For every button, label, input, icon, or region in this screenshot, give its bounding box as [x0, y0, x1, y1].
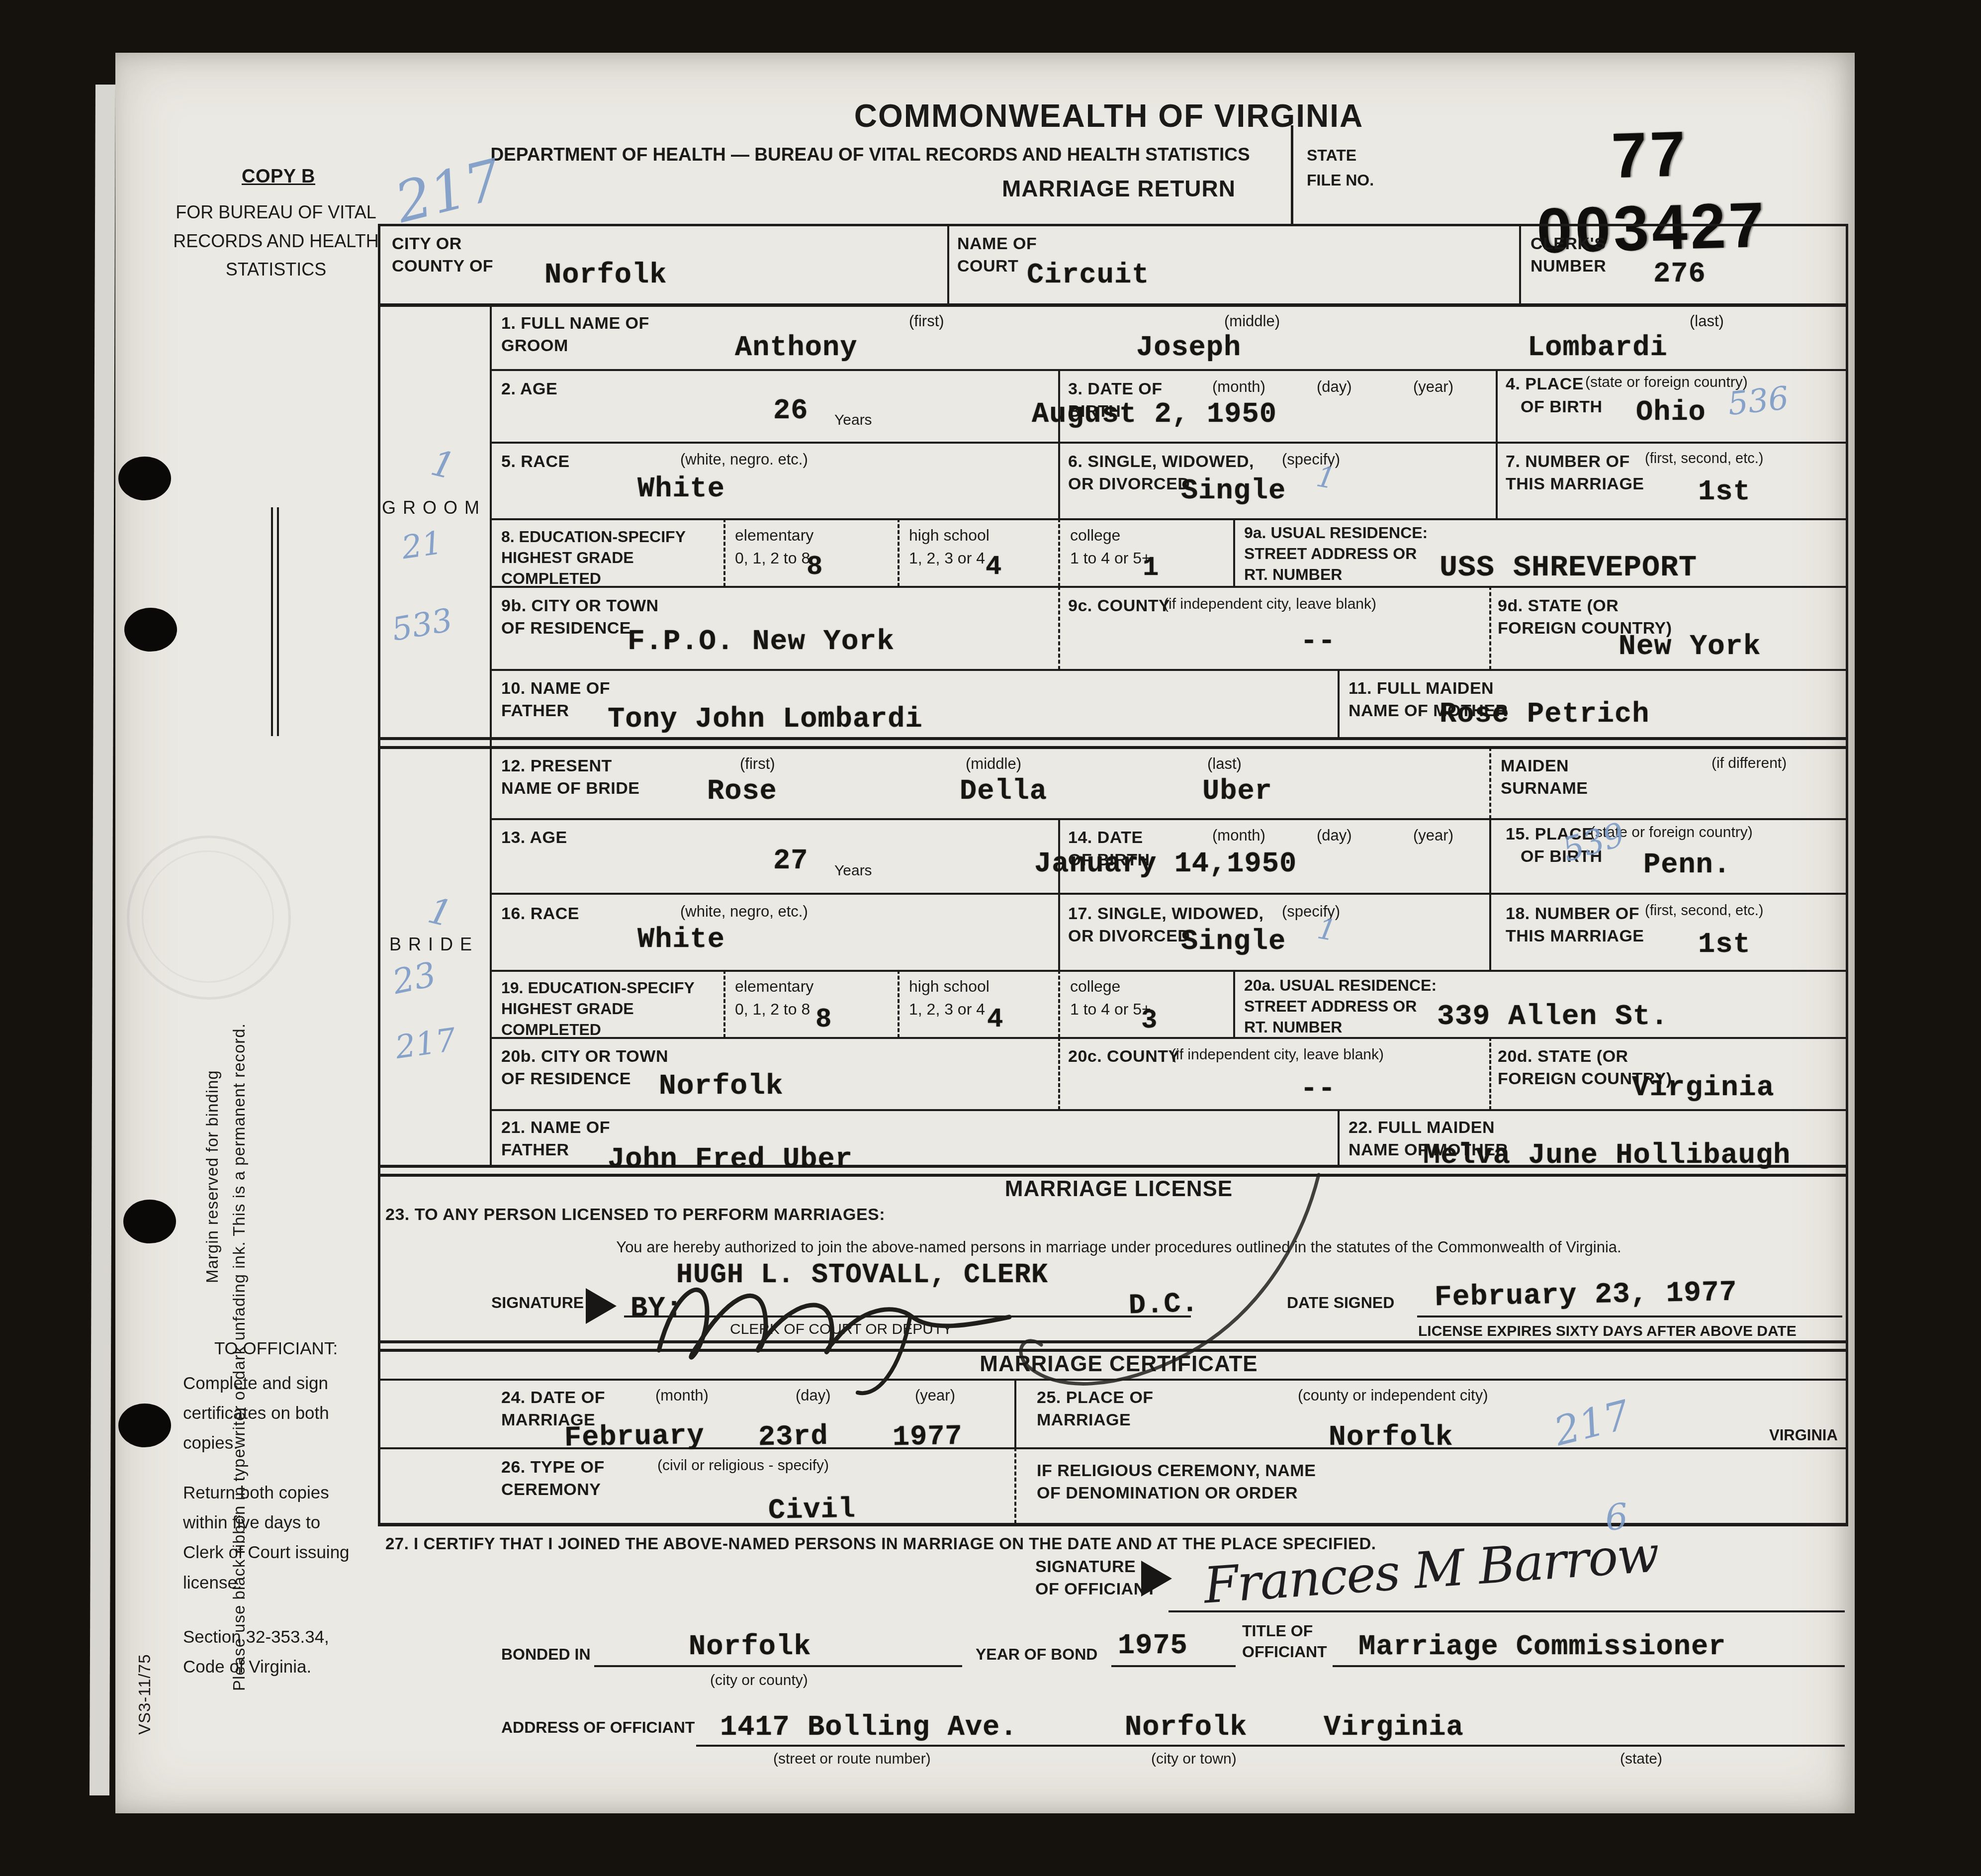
groom-middle-name: Joseph — [1136, 332, 1241, 364]
bond-year-label: YEAR OF BOND — [976, 1644, 1097, 1665]
bride-dob-value: January 14,1950 — [1034, 848, 1297, 880]
ceremony-type-hint: (civil or religious - specify) — [657, 1457, 829, 1474]
license-expiry-note: LICENSE EXPIRES SIXTY DAYS AFTER ABOVE D… — [1418, 1323, 1797, 1340]
groom-county-label: 9c. COUNTY — [1068, 595, 1170, 617]
copy-subtitle: FOR BUREAU OF VITAL RECORDS AND HEALTH S… — [159, 198, 393, 284]
bride-elementary-range: 0, 1, 2 to 8 — [735, 1000, 810, 1019]
certificate-title: MARRIAGE CERTIFICATE — [940, 1352, 1298, 1377]
groom-city-value: F.P.O. New York — [628, 626, 895, 658]
bride-month-hint: (month) — [1212, 827, 1265, 844]
groom-state-value: New York — [1619, 631, 1761, 663]
groom-first-name: Anthony — [735, 332, 857, 364]
license-item-label: 23. TO ANY PERSON LICENSED TO PERFORM MA… — [385, 1204, 885, 1226]
form-code: VS3-11/75 — [135, 1576, 154, 1735]
groom-year-hint: (year) — [1413, 378, 1453, 396]
bride-section-label: BRIDE — [379, 934, 489, 955]
bride-number-value: 1st — [1698, 929, 1751, 961]
margin-note-binding: Margin reserved for binding — [203, 587, 222, 1283]
groom-section-label: GROOM — [379, 497, 489, 518]
bonded-in-hint: (city or county) — [710, 1672, 808, 1689]
groom-pob-label2: OF BIRTH — [1521, 396, 1603, 418]
groom-college-range: 1 to 4 or 5+ — [1070, 549, 1151, 567]
groom-age-unit: Years — [834, 412, 872, 429]
page-subtitle: DEPARTMENT OF HEALTH — BUREAU OF VITAL R… — [383, 144, 1357, 165]
groom-middle-hint: (middle) — [1224, 312, 1280, 330]
code-of-virginia-note: Section 32-353.34, Code of Virginia. — [183, 1622, 358, 1682]
bride-race-hint: (white, negro, etc.) — [680, 903, 808, 921]
bride-number-hint: (first, second, etc.) — [1645, 903, 1764, 919]
marriage-year-hint: (year) — [915, 1387, 955, 1405]
city-county-value: Norfolk — [544, 260, 667, 291]
state-file-number-stamp: 77 003427 — [1475, 113, 1827, 269]
bride-race-label: 16. RACE — [501, 903, 579, 925]
bride-year-hint: (year) — [1413, 827, 1453, 844]
bride-education-label: 19. EDUCATION-SPECIFY HIGHEST GRADE COMP… — [501, 977, 725, 1040]
groom-pob-label: 4. PLACE — [1506, 373, 1584, 395]
marriage-date-day: 23rd — [758, 1421, 828, 1454]
state-file-divider — [1291, 125, 1293, 225]
state-file-label: STATE FILE NO. — [1307, 143, 1376, 192]
bride-middle-hint: (middle) — [966, 755, 1021, 773]
officiant-address-state-hint: (state) — [1620, 1751, 1662, 1768]
religious-ceremony-label: IF RELIGIOUS CEREMONY, NAME OF DENOMINAT… — [1037, 1460, 1325, 1504]
groom-college-label: college — [1070, 526, 1120, 545]
groom-pob-note: 536 — [1726, 380, 1790, 423]
groom-margin-note-2: 21 — [399, 525, 445, 567]
groom-marital-value: Single — [1181, 475, 1286, 507]
scanned-marriage-return: COPY B FOR BUREAU OF VITAL RECORDS AND H… — [0, 0, 1981, 1876]
signature-arrow-icon — [586, 1288, 617, 1324]
groom-day-hint: (day) — [1317, 378, 1352, 396]
groom-age-label: 2. AGE — [501, 378, 557, 400]
bride-last-hint: (last) — [1207, 755, 1242, 773]
groom-highschool-value: 4 — [986, 552, 1002, 582]
bride-elementary-value: 8 — [815, 1005, 832, 1035]
marriage-place-label: 25. PLACE OF MARRIAGE — [1037, 1387, 1166, 1431]
bride-age-value: 27 — [773, 845, 808, 877]
license-title: MARRIAGE LICENSE — [940, 1177, 1298, 1202]
groom-elementary-value: 8 — [807, 552, 823, 582]
form-title: MARRIAGE RETURN — [940, 175, 1298, 202]
city-county-label: CITY OR COUNTY OF — [392, 233, 536, 278]
bride-county-label: 20c. COUNTY — [1068, 1045, 1180, 1068]
marriage-place-value: Norfolk — [1329, 1421, 1453, 1454]
bride-name-label: 12. PRESENT NAME OF BRIDE — [501, 755, 665, 800]
license-signature-label: SIGNATURE — [491, 1292, 584, 1313]
bride-number-label: 18. NUMBER OF THIS MARRIAGE — [1506, 903, 1655, 947]
bride-highschool-value: 4 — [987, 1005, 1003, 1035]
groom-mother-value: Rose Petrich — [1440, 699, 1649, 731]
to-officiant-heading: TO OFFICIANT: — [194, 1339, 358, 1359]
groom-race-label: 5. RACE — [501, 451, 570, 473]
groom-county-hint: (if independent city, leave blank) — [1164, 596, 1376, 613]
groom-month-hint: (month) — [1212, 378, 1265, 396]
groom-number-hint: (first, second, etc.) — [1645, 451, 1764, 467]
bride-day-hint: (day) — [1317, 827, 1352, 844]
groom-last-hint: (last) — [1690, 312, 1724, 330]
bride-state-value: Virginia — [1632, 1072, 1774, 1104]
officiant-address-label: ADDRESS OF OFFICIANT — [501, 1717, 695, 1738]
certify-statement: 27. I CERTIFY THAT I JOINED THE ABOVE-NA… — [385, 1533, 1376, 1555]
bride-first-hint: (first) — [740, 755, 775, 773]
marriage-month-hint: (month) — [655, 1387, 709, 1405]
marriage-date-month: February — [564, 1420, 705, 1455]
punch-hole — [118, 457, 171, 500]
bride-age-label: 13. AGE — [501, 827, 567, 849]
groom-number-value: 1st — [1698, 476, 1751, 508]
groom-father-value: Tony John Lombardi — [608, 704, 923, 736]
groom-elementary-label: elementary — [735, 526, 813, 545]
bride-pob-value: Penn. — [1643, 849, 1731, 881]
groom-race-hint: (white, negro. etc.) — [680, 451, 808, 469]
bride-race-value: White — [637, 924, 725, 956]
bond-year-value: 1975 — [1118, 1630, 1188, 1662]
groom-elementary-range: 0, 1, 2 to 8 — [735, 549, 810, 567]
bride-residence-label: 20a. USUAL RESIDENCE: STREET ADDRESS OR … — [1244, 975, 1443, 1038]
bride-city-value: Norfolk — [659, 1070, 784, 1103]
bride-mother-value: Melva June Hollibaugh — [1423, 1140, 1791, 1172]
groom-highschool-range: 1, 2, 3 or 4 — [909, 549, 985, 567]
page-edge-strip — [90, 85, 115, 1795]
groom-dob-value: August 2, 1950 — [1032, 399, 1277, 431]
bride-college-value: 3 — [1141, 1006, 1158, 1036]
bride-college-range: 1 to 4 or 5+ — [1070, 1000, 1151, 1019]
groom-first-hint: (first) — [909, 312, 944, 330]
ceremony-type-value: Civil — [768, 1494, 856, 1527]
officiant-address-state: Virginia — [1324, 1712, 1464, 1744]
bride-college-label: college — [1070, 977, 1120, 996]
ceremony-type-label: 26. TYPE OF CEREMONY — [501, 1456, 630, 1501]
officiant-title-value: Marriage Commissioner — [1358, 1631, 1726, 1663]
groom-residence-value: USS SHREVEPORT — [1440, 551, 1697, 585]
groom-number-label: 7. NUMBER OF THIS MARRIAGE — [1506, 451, 1655, 495]
bride-first-name: Rose — [707, 776, 777, 808]
bride-father-label: 21. NAME OF FATHER — [501, 1117, 626, 1161]
bride-elementary-label: elementary — [735, 977, 813, 996]
groom-highschool-label: high school — [909, 526, 990, 545]
bonded-in-label: BONDED IN — [501, 1644, 591, 1665]
court-name-value: Circuit — [1027, 260, 1149, 291]
officiant-title-label: TITLE OF OFFICIANT — [1242, 1620, 1337, 1662]
bride-maiden-hint: (if different) — [1711, 755, 1787, 772]
bride-residence-value: 339 Allen St. — [1437, 1001, 1668, 1033]
state-print: VIRGINIA — [1769, 1426, 1838, 1444]
clerk-number-label: CLERK'S NUMBER — [1531, 233, 1645, 278]
groom-name-label: 1. FULL NAME OF GROOM — [501, 312, 670, 357]
groom-last-name: Lombardi — [1528, 332, 1668, 364]
binding-margin-rule — [271, 507, 279, 736]
copy-title: COPY B — [189, 164, 368, 189]
officiant-instructions-1: Complete and sign certificates on both c… — [183, 1369, 358, 1459]
clerk-number-value: 276 — [1653, 259, 1706, 290]
marriage-place-hint: (county or independent city) — [1298, 1387, 1488, 1405]
bride-county-value: -- — [1300, 1073, 1336, 1106]
groom-pob-hint: (state or foreign country) — [1585, 374, 1748, 391]
bride-highschool-label: high school — [909, 977, 990, 996]
officiant-address-city-hint: (city or town) — [1151, 1751, 1237, 1768]
punch-hole — [123, 1200, 176, 1243]
bride-marital-value: Single — [1181, 926, 1286, 958]
bride-maiden-label: MAIDEN SURNAME — [1501, 755, 1635, 800]
officiant-address-value: 1417 Bolling Ave. — [720, 1712, 1018, 1744]
groom-education-label: 8. EDUCATION-SPECIFY HIGHEST GRADE COMPL… — [501, 526, 725, 589]
officiant-instructions-2: Return both copies within five days to C… — [183, 1478, 358, 1598]
bride-age-unit: Years — [834, 862, 872, 879]
groom-pob-value: Ohio — [1636, 397, 1706, 429]
marriage-date-year: 1977 — [892, 1421, 963, 1454]
marriage-day-hint: (day) — [796, 1387, 831, 1405]
date-signed-label: DATE SIGNED — [1287, 1292, 1394, 1313]
groom-residence-label: 9a. USUAL RESIDENCE: STREET ADDRESS OR R… — [1244, 522, 1443, 585]
officiant-address-hint: (street or route number) — [773, 1751, 931, 1768]
bonded-in-value: Norfolk — [689, 1631, 811, 1663]
groom-college-value: 1 — [1143, 553, 1159, 583]
bride-last-name: Uber — [1202, 776, 1272, 808]
punch-hole — [118, 1404, 171, 1447]
bride-county-hint: (if independent city, leave blank) — [1171, 1046, 1384, 1063]
bride-highschool-range: 1, 2, 3 or 4 — [909, 1000, 985, 1019]
bride-middle-name: Della — [960, 776, 1047, 808]
officiant-address-city: Norfolk — [1125, 1712, 1247, 1744]
punch-hole — [124, 608, 177, 652]
groom-county-value: -- — [1300, 626, 1336, 658]
groom-race-value: White — [637, 473, 725, 505]
signature-arrow-icon — [1141, 1561, 1172, 1596]
groom-age-value: 26 — [773, 395, 808, 427]
bride-father-value: John Fred Uber — [608, 1144, 853, 1176]
clerk-deputy-signature — [631, 1243, 1203, 1403]
date-signed-value: February 23, 1977 — [1434, 1277, 1737, 1314]
groom-father-label: 10. NAME OF FATHER — [501, 677, 626, 722]
